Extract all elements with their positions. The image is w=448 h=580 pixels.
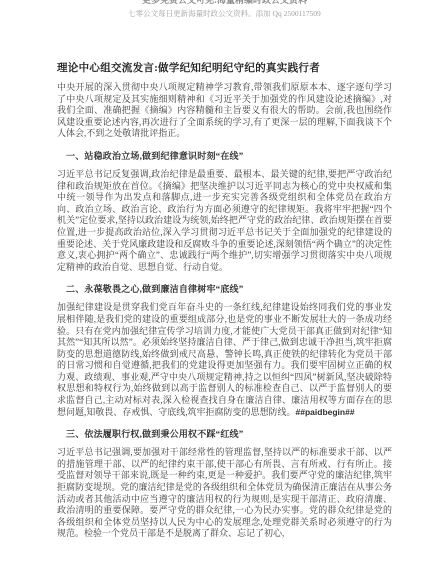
section-2-text: 加强纪律建设是贯穿我们党百年奋斗史的一条红线,纪律建设始终同我们党的事业发展相伴… xyxy=(57,302,392,416)
promo-line-top: 更多免费公文可见:海量精编时政公文资料 xyxy=(57,0,392,6)
section-1-text: 习近平总书记反复强调,政治纪律是最重要、最根本、最关键的纪律,要把严守政治纪律和… xyxy=(57,169,392,272)
promo-line-bottom: 七零公文每日更新海量时政公文资料。添加 Qq 2500117509 xyxy=(57,8,392,19)
paid-begin-marker: ##paidbegin## xyxy=(296,407,355,417)
section-3-heading: 三、依法履职行权,做到秉公用权不踩“红线” xyxy=(57,427,392,440)
section-2-heading: 二、永葆敬畏之心,做到廉洁自律树牢“底线” xyxy=(57,282,392,295)
promo-header: 更多免费公文可见:海量精编时政公文资料 七零公文每日更新海量时政公文资料。添加 … xyxy=(57,0,392,19)
section-3-text: 习近平总书记强调,要加强对干部经常性的管理监督,坚持以严的标准要求干部、以严的措… xyxy=(57,447,392,538)
section-3-body: 习近平总书记强调,要加强对干部经常性的管理监督,坚持以严的标准要求干部、以严的措… xyxy=(57,447,392,540)
section-2-body: 加强纪律建设是贯穿我们党百年奋斗史的一条红线,纪律建设始终同我们党的事业发展相伴… xyxy=(57,302,392,418)
document-content: 更多免费公文可见:海量精编时政公文资料 七零公文每日更新海量时政公文资料。添加 … xyxy=(57,0,392,540)
document-page: 更多免费公文可见:海量精编时政公文资料 七零公文每日更新海量时政公文资料。添加 … xyxy=(0,0,448,580)
section-1-heading: 一、站稳政治立场,做到纪律意识时刻“在线” xyxy=(57,149,392,162)
document-title: 理论中心组交流发言:做学纪知纪明纪守纪的真实践行者 xyxy=(57,60,392,75)
intro-paragraph: 中央开展的深入贯彻中央八项规定精神学习教育,带领我们原原本本、逐字逐句学习了中央… xyxy=(57,82,392,140)
section-1-body: 习近平总书记反复强调,政治纪律是最重要、最根本、最关键的纪律,要把严守政治纪律和… xyxy=(57,169,392,273)
